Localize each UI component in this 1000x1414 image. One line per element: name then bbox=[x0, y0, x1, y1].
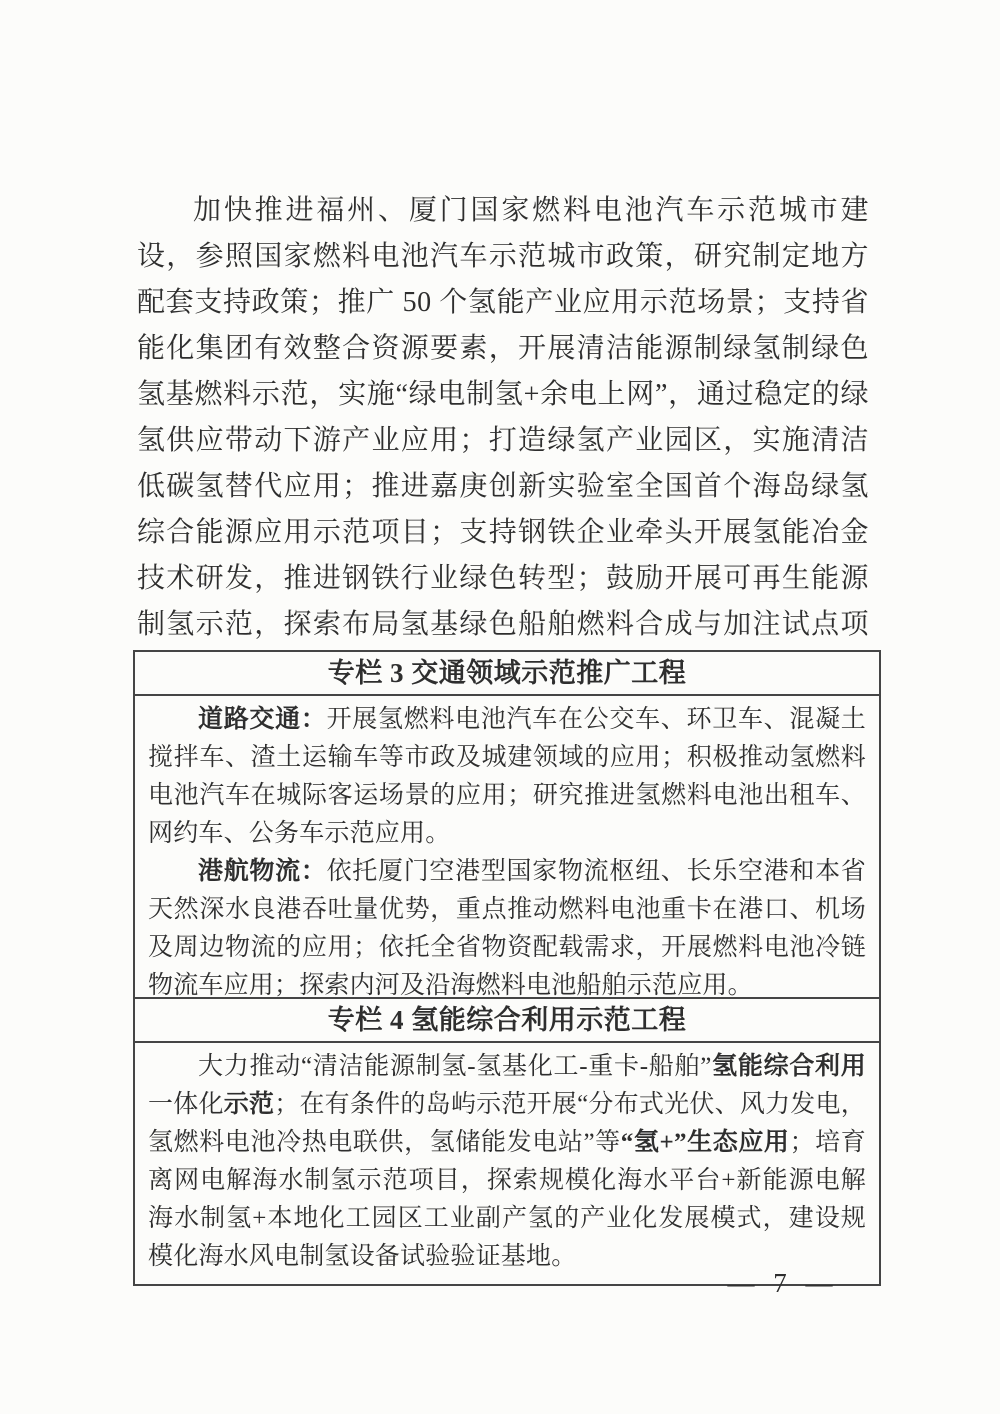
page-number-text: — 7 — bbox=[728, 1268, 839, 1299]
port-logistics-paragraph: 港航物流：依托厦门空港型国家物流枢纽、长乐空港和本省天然深水良港吞吐量优势，重点… bbox=[148, 853, 866, 1005]
panel-column-4: 专栏 4 氢能综合利用示范工程 大力推动“清洁能源制氢-氢基化工-重卡-船舶”氢… bbox=[133, 997, 881, 1286]
segment-integration: 一体化 bbox=[148, 1091, 224, 1118]
segment-intro: 大力推动“清洁能源制氢-氢基化工-重卡-船舶” bbox=[198, 1053, 712, 1080]
segment-bold-hydrogen-plus-ecosystem: “氢+”生态应用 bbox=[621, 1129, 790, 1156]
road-transport-paragraph: 道路交通：开展氢燃料电池汽车在公交车、环卫车、混凝土搅拌车、渣土运输车等市政及城… bbox=[148, 701, 866, 853]
document-page: 加快推进福州、厦门国家燃料电池汽车示范城市建设，参照国家燃料电池汽车示范城市政策… bbox=[0, 0, 1000, 1414]
road-transport-label: 道路交通： bbox=[198, 706, 327, 733]
main-paragraph: 加快推进福州、厦门国家燃料电池汽车示范城市建设，参照国家燃料电池汽车示范城市政策… bbox=[137, 188, 869, 694]
panel-column-4-body: 大力推动“清洁能源制氢-氢基化工-重卡-船舶”氢能综合利用一体化示范；在有条件的… bbox=[135, 1043, 879, 1284]
panel-column-3-title: 专栏 3 交通领域示范推广工程 bbox=[135, 652, 879, 696]
segment-bold-demonstration: 示范 bbox=[224, 1091, 274, 1118]
port-logistics-label: 港航物流： bbox=[198, 858, 327, 885]
page-number: — 7 — bbox=[0, 1268, 1000, 1299]
hydrogen-utilization-paragraph: 大力推动“清洁能源制氢-氢基化工-重卡-船舶”氢能综合利用一体化示范；在有条件的… bbox=[148, 1048, 866, 1276]
panel-column-4-title: 专栏 4 氢能综合利用示范工程 bbox=[135, 999, 879, 1043]
segment-bold-comprehensive-utilization: 氢能综合利用 bbox=[712, 1053, 866, 1080]
